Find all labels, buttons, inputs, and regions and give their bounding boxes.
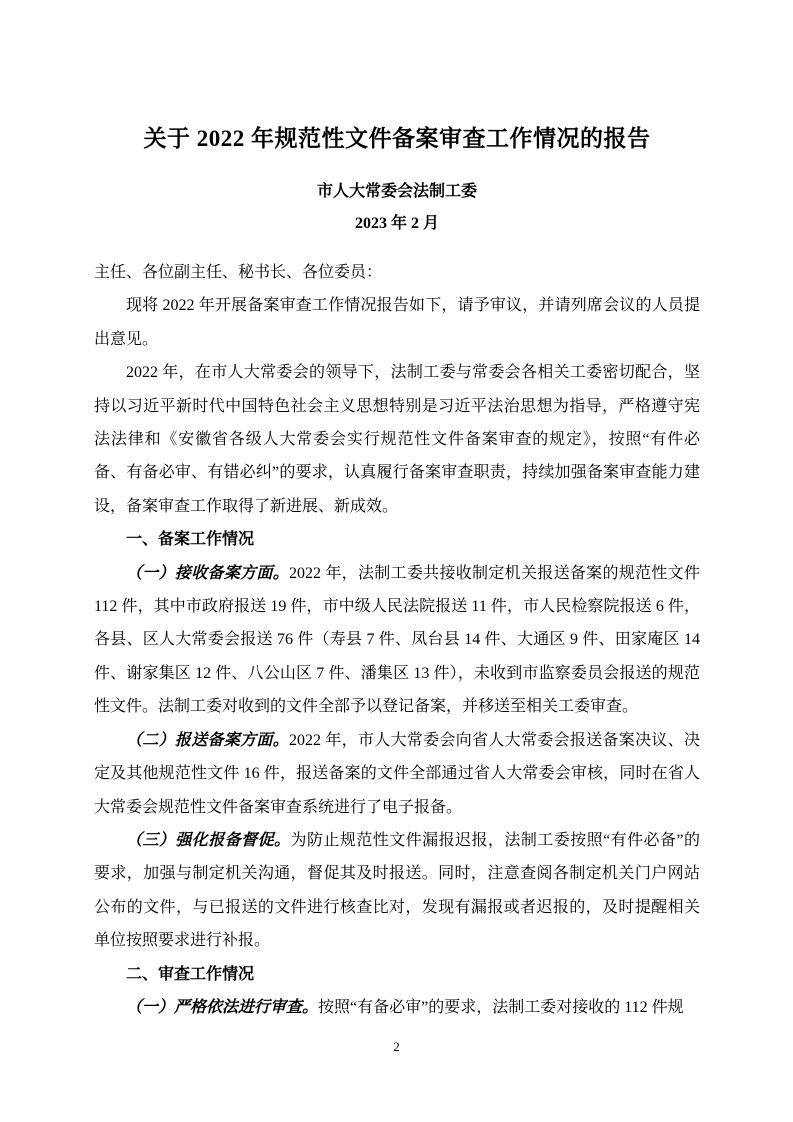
document-page: 关于 2022 年规范性文件备案审查工作情况的报告 市人大常委会法制工委 202…: [0, 0, 793, 1122]
section-1-item-2-lead: （二）报送备案方面。: [126, 732, 289, 749]
intro-paragraph-1: 现将 2022 年开展备案审查工作情况报告如下，请予审议，并请列席会议的人员提出…: [94, 289, 700, 356]
document-author: 市人大常委会法制工委: [94, 182, 700, 202]
section-1-item-2: （二）报送备案方面。2022 年，市人大常委会向省人大常委会报送备案决议、决定及…: [94, 724, 700, 824]
section-1-item-3: （三）强化报备督促。为防止规范性文件漏报迟报，法制工委按照“有件必备”的要求，加…: [94, 824, 700, 958]
section-1-item-3-text: 为防止规范性文件漏报迟报，法制工委按照“有件必备”的要求，加强与制定机关沟通，督…: [94, 832, 700, 949]
section-1-item-1-lead: （一）接收备案方面。: [126, 565, 289, 582]
section-1-item-1-text: 2022 年，法制工委共接收制定机关报送备案的规范性文件 112 件，其中市政府…: [94, 565, 700, 716]
section-1-heading: 一、备案工作情况: [94, 523, 700, 556]
section-1-item-3-lead: （三）强化报备督促。: [126, 832, 291, 849]
section-2-heading: 二、审查工作情况: [94, 958, 700, 991]
document-title: 关于 2022 年规范性文件备案审查工作情况的报告: [94, 122, 700, 156]
section-1-item-1: （一）接收备案方面。2022 年，法制工委共接收制定机关报送备案的规范性文件 1…: [94, 557, 700, 724]
document-date: 2023 年 2 月: [94, 214, 700, 234]
document-body: 主任、各位副主任、秘书长、各位委员： 现将 2022 年开展备案审查工作情况报告…: [94, 256, 700, 1024]
intro-paragraph-2: 2022 年，在市人大常委会的领导下，法制工委与常委会各相关工委密切配合，坚持以…: [94, 356, 700, 523]
section-2-item-1: （一）严格依法进行审查。按照“有备必审”的要求，法制工委对接收的 112 件规: [94, 991, 700, 1024]
section-2-item-1-text: 按照“有备必审”的要求，法制工委对接收的 112 件规: [318, 999, 684, 1016]
page-number: 2: [0, 1038, 793, 1056]
salutation: 主任、各位副主任、秘书长、各位委员：: [94, 256, 700, 289]
section-2-item-1-lead: （一）严格依法进行审查。: [126, 999, 318, 1016]
